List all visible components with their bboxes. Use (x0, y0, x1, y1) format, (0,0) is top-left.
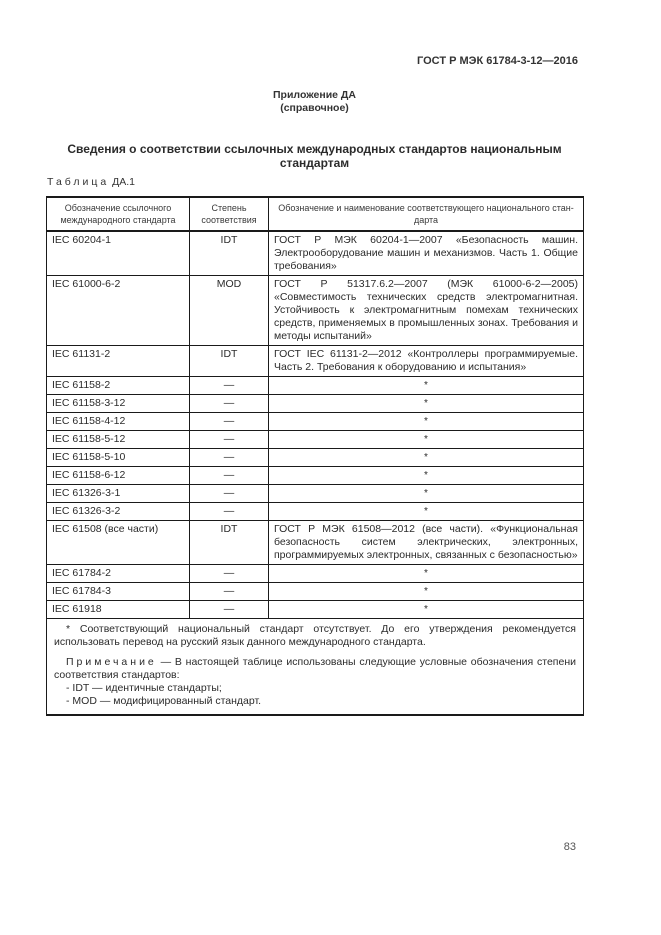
cell-reference-standard: IEC 61158-2 (47, 377, 190, 395)
table-header: Обозначение ссылочного международного ст… (47, 197, 584, 231)
page-title: Сведения о соответствии ссылочных междун… (36, 142, 593, 170)
cell-reference-standard: IEC 61784-3 (47, 583, 190, 601)
annex-heading: Приложение ДА (справочное) (46, 89, 583, 115)
cell-degree: — (190, 395, 269, 413)
cell-national-standard: ГОСТ Р 51317.6.2—2007 (МЭК 61000-6-2—200… (269, 276, 584, 346)
annex-subtitle: (справочное) (46, 102, 583, 115)
table-row: IEC 61784-2—* (47, 565, 584, 583)
cell-national-standard: * (269, 503, 584, 521)
col-header-national-standard: Обозначение и наименование соответствующ… (269, 197, 584, 231)
cell-degree: IDT (190, 521, 269, 565)
table-row: IEC 61918—* (47, 601, 584, 619)
table-caption: Таблица ДА.1 (47, 176, 135, 188)
cell-reference-standard: IEC 61131-2 (47, 346, 190, 377)
cell-reference-standard: IEC 61326-3-2 (47, 503, 190, 521)
cell-reference-standard: IEC 61158-5-10 (47, 449, 190, 467)
cell-national-standard: ГОСТ Р МЭК 60204-1—2007 «Безопасность ма… (269, 231, 584, 276)
cell-degree: — (190, 583, 269, 601)
cell-national-standard: * (269, 583, 584, 601)
table-row: IEC 61326-3-1—* (47, 485, 584, 503)
cell-reference-standard: IEC 61784-2 (47, 565, 190, 583)
cell-national-standard: * (269, 395, 584, 413)
table-row: IEC 61158-5-10—* (47, 449, 584, 467)
note-item-mod: - MOD — модифицированный стандарт. (54, 695, 576, 708)
col-header-reference-standard: Обозначение ссылочного международного ст… (47, 197, 190, 231)
cell-degree: IDT (190, 346, 269, 377)
document-page: ГОСТ Р МЭК 61784-3-12—2016 Приложение ДА… (0, 0, 661, 935)
cell-national-standard: ГОСТ Р МЭК 61508—2012 (все части). «Функ… (269, 521, 584, 565)
table-header-row: Обозначение ссылочного международного ст… (47, 197, 584, 231)
cell-degree: — (190, 377, 269, 395)
cell-degree: IDT (190, 231, 269, 276)
cell-reference-standard: IEC 61158-5-12 (47, 431, 190, 449)
annex-title: Приложение ДА (46, 89, 583, 102)
table-row: IEC 61158-4-12—* (47, 413, 584, 431)
cell-national-standard: * (269, 449, 584, 467)
cell-reference-standard: IEC 60204-1 (47, 231, 190, 276)
cell-national-standard: * (269, 467, 584, 485)
cell-degree: — (190, 413, 269, 431)
table-caption-number: ДА.1 (112, 176, 135, 188)
table-row: IEC 61158-3-12—* (47, 395, 584, 413)
table-row: IEC 61158-2—* (47, 377, 584, 395)
cell-degree: MOD (190, 276, 269, 346)
table-footnote: * Соответствующий национальный стандарт … (54, 623, 576, 649)
table-row: IEC 61131-2IDTГОСТ IEC 61131-2—2012 «Кон… (47, 346, 584, 377)
cell-degree: — (190, 431, 269, 449)
table-row: IEC 61326-3-2—* (47, 503, 584, 521)
table-row: IEC 61508 (все части)IDTГОСТ Р МЭК 61508… (47, 521, 584, 565)
table-caption-label: Таблица (47, 176, 109, 188)
cell-reference-standard: IEC 61158-6-12 (47, 467, 190, 485)
cell-national-standard: * (269, 413, 584, 431)
cell-degree: — (190, 467, 269, 485)
table-footer: * Соответствующий национальный стандарт … (47, 619, 584, 716)
cell-reference-standard: IEC 61508 (все части) (47, 521, 190, 565)
cell-reference-standard: IEC 61000-6-2 (47, 276, 190, 346)
table-row: IEC 61784-3—* (47, 583, 584, 601)
col-header-degree: Степень соответствия (190, 197, 269, 231)
cell-degree: — (190, 565, 269, 583)
note-label: Примечание (66, 656, 157, 668)
cell-degree: — (190, 449, 269, 467)
doc-number: ГОСТ Р МЭК 61784-3-12—2016 (46, 55, 578, 67)
cell-degree: — (190, 485, 269, 503)
table-note: Примечание — В настоящей таблице использ… (54, 656, 576, 682)
cell-national-standard: * (269, 565, 584, 583)
page-number: 83 (46, 841, 576, 853)
table-row: IEC 61000-6-2MODГОСТ Р 51317.6.2—2007 (М… (47, 276, 584, 346)
table-row: IEC 61158-6-12—* (47, 467, 584, 485)
cell-degree: — (190, 601, 269, 619)
cell-national-standard: ГОСТ IEC 61131-2—2012 «Контроллеры прогр… (269, 346, 584, 377)
cell-reference-standard: IEC 61326-3-1 (47, 485, 190, 503)
note-item-idt: - IDT — идентичные стандарты; (54, 682, 576, 695)
table-row: IEC 61158-5-12—* (47, 431, 584, 449)
table-note-row: * Соответствующий национальный стандарт … (47, 619, 584, 716)
cell-reference-standard: IEC 61918 (47, 601, 190, 619)
cell-national-standard: * (269, 377, 584, 395)
cell-national-standard: * (269, 485, 584, 503)
table-note-cell: * Соответствующий национальный стандарт … (47, 619, 584, 716)
cell-degree: — (190, 503, 269, 521)
cell-national-standard: * (269, 431, 584, 449)
cell-national-standard: * (269, 601, 584, 619)
cell-reference-standard: IEC 61158-3-12 (47, 395, 190, 413)
table-body: IEC 60204-1IDTГОСТ Р МЭК 60204-1—2007 «Б… (47, 231, 584, 619)
table-row: IEC 60204-1IDTГОСТ Р МЭК 60204-1—2007 «Б… (47, 231, 584, 276)
cell-reference-standard: IEC 61158-4-12 (47, 413, 190, 431)
correspondence-table: Обозначение ссылочного международного ст… (46, 196, 584, 716)
